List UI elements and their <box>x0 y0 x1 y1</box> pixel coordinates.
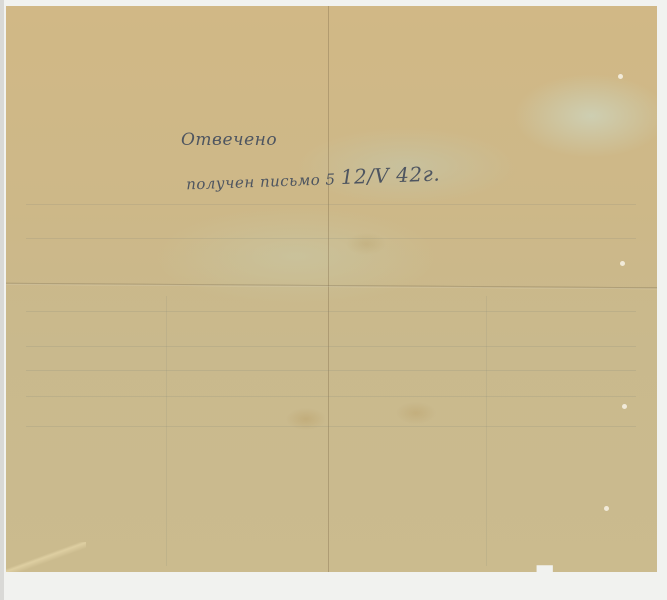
edge-hole <box>618 74 623 79</box>
handwritten-note-line2: получен письмо 5 12/V 42г. <box>186 162 441 195</box>
faint-rule <box>26 346 636 347</box>
edge-hole <box>604 506 609 511</box>
horizontal-fold <box>6 283 657 290</box>
vertical-fold <box>328 6 329 572</box>
faint-rule <box>26 396 636 397</box>
handwritten-note-line1: Отвечено <box>181 130 277 150</box>
faint-rule <box>26 311 636 312</box>
faint-column-line <box>486 296 487 566</box>
faint-column-line <box>166 296 167 566</box>
handwritten-date: 12/V 42г. <box>340 162 440 189</box>
edge-hole <box>622 404 627 409</box>
faint-rule <box>26 426 636 427</box>
faint-rule <box>26 204 636 205</box>
document-page: Отвечено получен письмо 5 12/V 42г. <box>6 6 657 572</box>
faint-rule <box>26 238 636 239</box>
faint-rule <box>26 370 636 371</box>
edge-hole <box>620 261 625 266</box>
corner-crease <box>6 542 86 572</box>
scan-edge <box>0 0 4 600</box>
handwritten-received-text: получен письмо 5 <box>186 170 336 193</box>
